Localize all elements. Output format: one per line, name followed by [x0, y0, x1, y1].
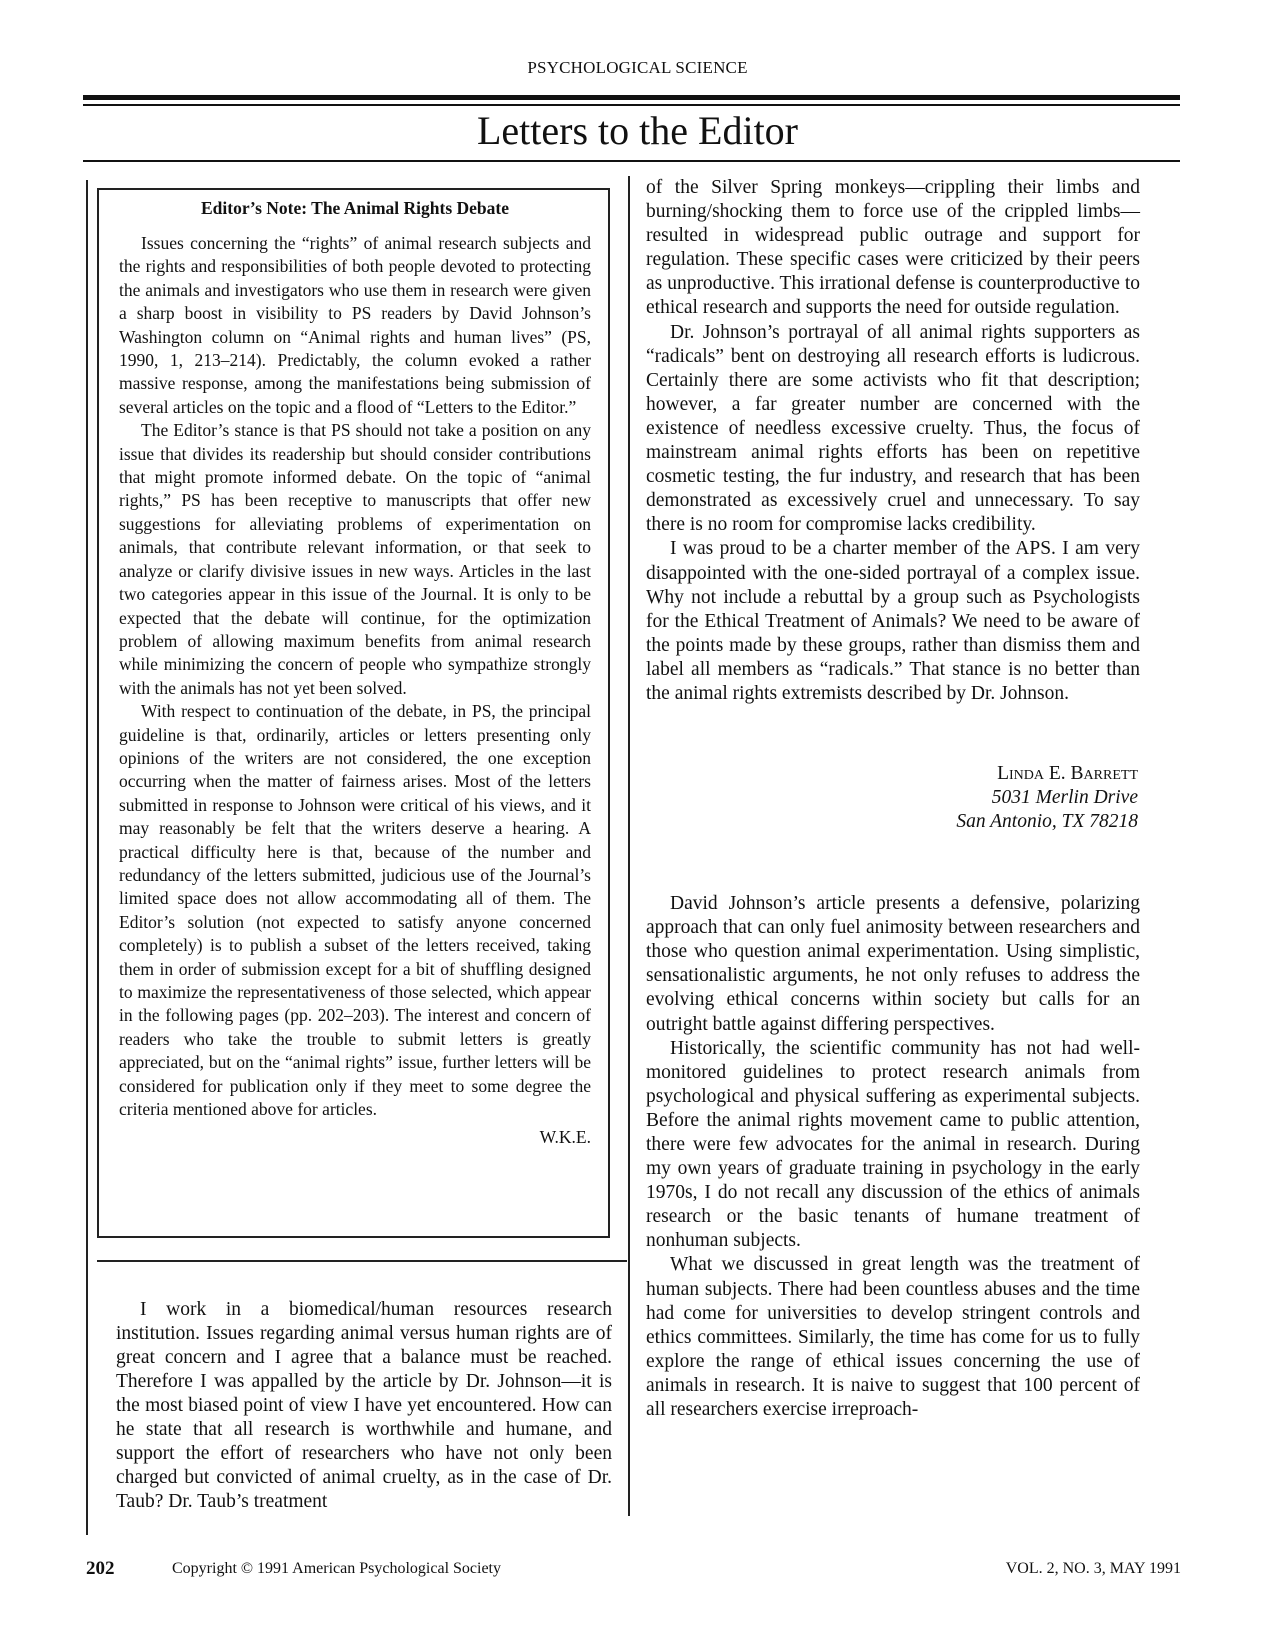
- signature-name: Linda E. Barrett: [997, 763, 1138, 784]
- editors-note-heading: Editor’s Note: The Animal Rights Debate: [119, 196, 591, 220]
- section-title: Letters to the Editor: [0, 106, 1275, 156]
- letter-paragraph: Historically, the scientific community h…: [646, 1037, 1140, 1254]
- editors-note-paragraph: The Editor’s stance is that PS should no…: [119, 419, 591, 700]
- left-column-rule: [86, 180, 88, 1535]
- editors-note-paragraph: With respect to continuation of the deba…: [119, 700, 591, 1121]
- letter-paragraph: David Johnson’s article presents a defen…: [646, 892, 1140, 1037]
- letter-paragraph: of the Silver Spring monkeys—crippling t…: [646, 176, 1140, 321]
- right-column: of the Silver Spring monkeys—crippling t…: [646, 176, 1140, 1422]
- editors-note: Editor’s Note: The Animal Rights Debate …: [119, 196, 591, 1149]
- title-rule: [83, 160, 1180, 162]
- letter-paragraph: I work in a biomedical/human resources r…: [116, 1298, 612, 1514]
- note-bottom-rule: [97, 1260, 627, 1262]
- letter-signature: Linda E. Barrett 5031 Merlin Drive San A…: [646, 762, 1140, 834]
- page-number: 202: [86, 1558, 115, 1580]
- letter-paragraph: Dr. Johnson’s portrayal of all animal ri…: [646, 321, 1140, 538]
- editors-note-signature: W.K.E.: [119, 1125, 591, 1149]
- running-head: PSYCHOLOGICAL SCIENCE: [0, 58, 1275, 78]
- copyright-line: Copyright © 1991 American Psychological …: [172, 1560, 501, 1578]
- letter-barrett-start: I work in a biomedical/human resources r…: [116, 1298, 612, 1514]
- letter-paragraph: What we discussed in great length was th…: [646, 1253, 1140, 1422]
- header-rule-thick: [83, 95, 1180, 100]
- signature-address-line2: San Antonio, TX 78218: [646, 810, 1138, 834]
- letter-paragraph: I was proud to be a charter member of th…: [646, 537, 1140, 706]
- column-divider: [628, 176, 630, 1516]
- editors-note-paragraph: Issues concerning the “rights” of animal…: [119, 232, 591, 419]
- volume-info: VOL. 2, NO. 3, MAY 1991: [1006, 1560, 1181, 1578]
- signature-address-line1: 5031 Merlin Drive: [646, 786, 1138, 810]
